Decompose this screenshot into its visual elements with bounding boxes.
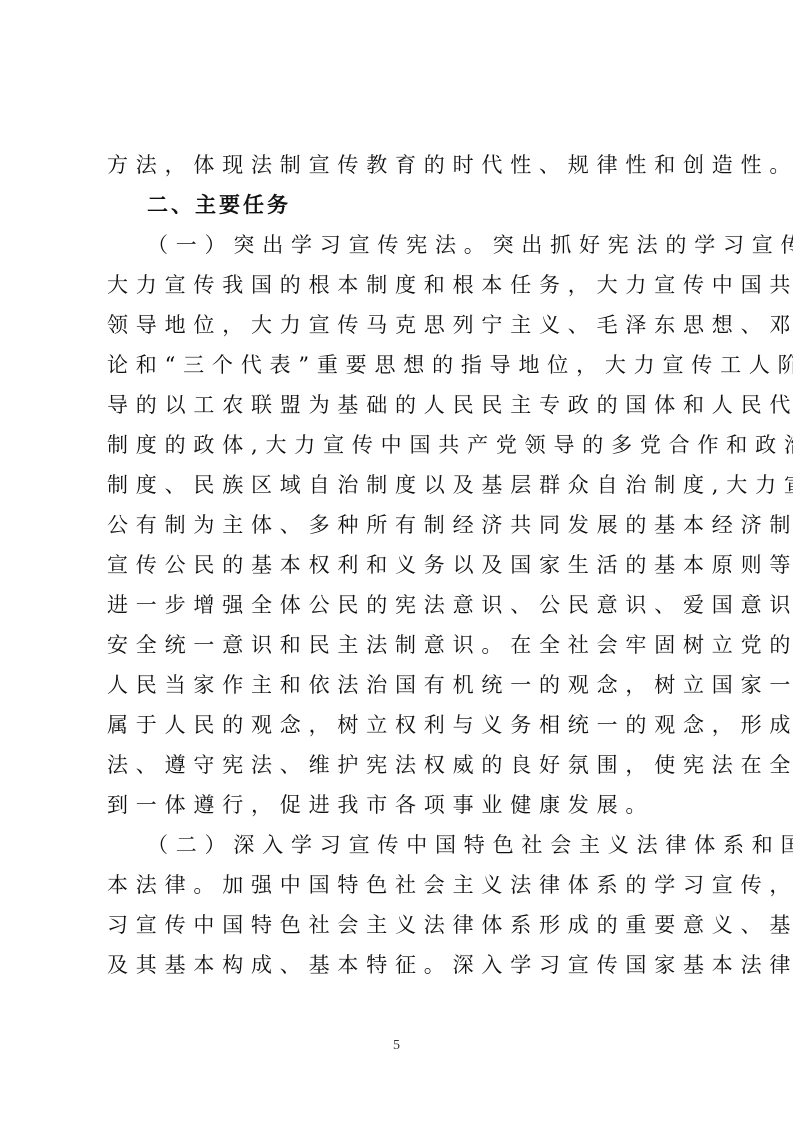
paragraph-start: （二）深入学习宣传中国特色社会主义法律体系和国家基 xyxy=(107,825,693,865)
text-line: 论和“三个代表”重要思想的指导地位，大力宣传工人阶级领 xyxy=(107,345,693,385)
text-line: 法、遵守宪法、维护宪法权威的良好氛围，使宪法在全社会得 xyxy=(107,745,693,785)
text-line: 本法律。加强中国特色社会主义法律体系的学习宣传，深入学 xyxy=(107,865,693,905)
section-heading: 二、主要任务 xyxy=(107,185,693,225)
text-line: 领导地位，大力宣传马克思列宁主义、毛泽东思想、邓小平理 xyxy=(107,305,693,345)
text-line: 制度、民族区域自治制度以及基层群众自治制度,大力宣传坚持 xyxy=(107,465,693,505)
text-line: 人民当家作主和依法治国有机统一的观念，树立国家一切权力 xyxy=(107,665,693,705)
text-line: 及其基本构成、基本特征。深入学习宣传国家基本法律，在全 xyxy=(107,945,693,985)
text-line: 进一步增强全体公民的宪法意识、公民意识、爱国意识、国家 xyxy=(107,585,693,625)
text-line: 安全统一意识和民主法制意识。在全社会牢固树立党的领导、 xyxy=(107,625,693,665)
text-line: 宣传公民的基本权利和义务以及国家生活的基本原则等内容， xyxy=(107,545,693,585)
text-line: 大力宣传我国的根本制度和根本任务，大力宣传中国共产党的 xyxy=(107,265,693,305)
text-line: 属于人民的观念，树立权利与义务相统一的观念，形成崇尚宪 xyxy=(107,705,693,745)
text-line: 方法，体现法制宣传教育的时代性、规律性和创造性。 xyxy=(107,145,693,185)
text-line: 制度的政体,大力宣传中国共产党领导的多党合作和政治协商 xyxy=(107,425,693,465)
page-number: 5 xyxy=(0,1038,793,1054)
text-line: 习宣传中国特色社会主义法律体系形成的重要意义、基本经验 xyxy=(107,905,693,945)
document-page: 方法，体现法制宣传教育的时代性、规律性和创造性。 二、主要任务 （一）突出学习宣… xyxy=(0,0,793,1122)
paragraph-start: （一）突出学习宣传宪法。突出抓好宪法的学习宣传教育， xyxy=(107,225,693,265)
text-line: 到一体遵行，促进我市各项事业健康发展。 xyxy=(107,785,693,825)
text-line: 公有制为主体、多种所有制经济共同发展的基本经济制度,大力 xyxy=(107,505,693,545)
body-text: 方法，体现法制宣传教育的时代性、规律性和创造性。 二、主要任务 （一）突出学习宣… xyxy=(107,145,693,985)
text-line: 导的以工农联盟为基础的人民民主专政的国体和人民代表大会 xyxy=(107,385,693,425)
